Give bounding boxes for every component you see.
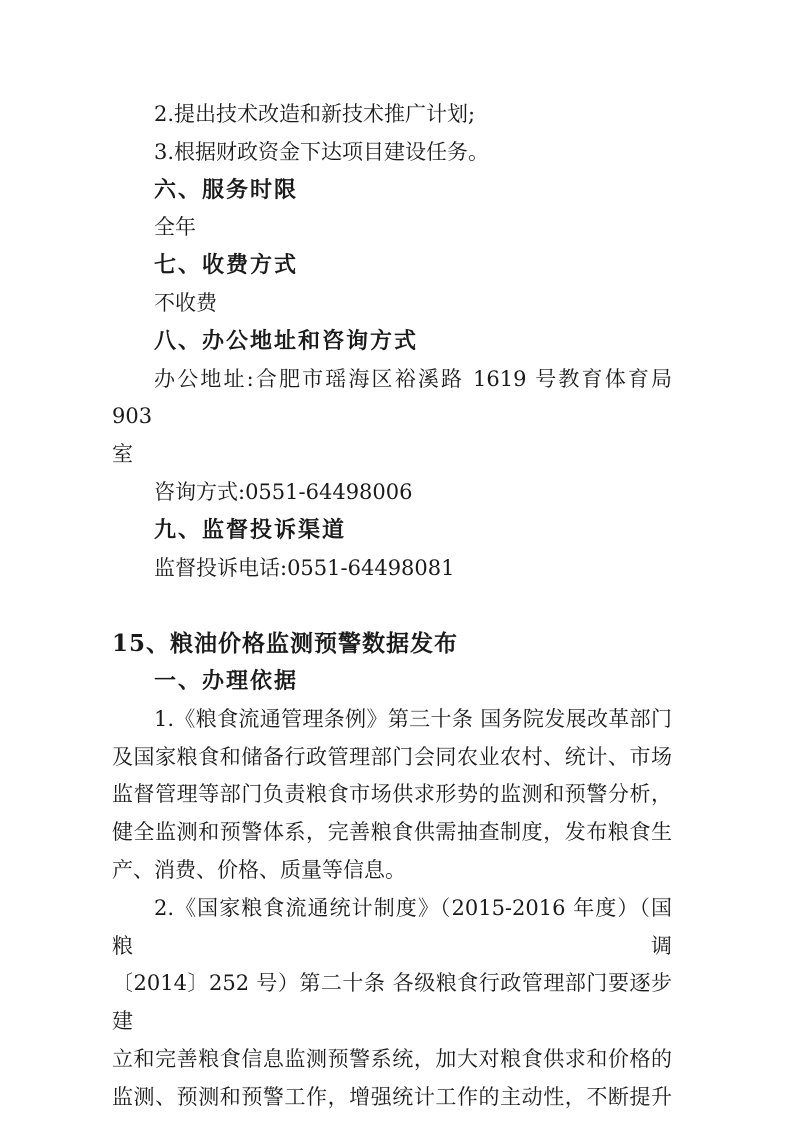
body-line: 室 [112, 436, 672, 474]
body-line: 健全监测和预警体系，完善粮食供需抽查制度，发布粮食生 [112, 814, 672, 852]
body-line: 2.提出技术改造和新技术推广计划; [112, 96, 672, 134]
body-line: 〔2014〕252 号）第二十条 各级粮食行政管理部门要逐步建 [112, 965, 672, 1041]
body-line: 1.《粮食流通管理条例》第三十条 国务院发展改革部门 [112, 701, 672, 739]
spacer [112, 587, 672, 625]
document-text-block: 2.提出技术改造和新技术推广计划;3.根据财政资金下达项目建设任务。六、服务时限… [112, 96, 672, 1117]
section-heading: 七、收费方式 [112, 247, 672, 285]
section-heading: 六、服务时限 [112, 172, 672, 210]
section-heading: 一、办理依据 [112, 663, 672, 701]
section-heading: 九、监督投诉渠道 [112, 512, 672, 550]
body-line: 咨询方式:0551-64498006 [112, 474, 672, 512]
item-title: 15、粮油价格监测预警数据发布 [112, 625, 672, 663]
body-line: 及国家粮食和储备行政管理部门会同农业农村、统计、市场 [112, 739, 672, 777]
section-heading: 八、办公地址和咨询方式 [112, 323, 672, 361]
body-line: 办公地址:合肥市瑶海区裕溪路 1619 号教育体育局 903 [112, 361, 672, 437]
body-line: 监督投诉电话:0551-64498081 [112, 550, 672, 588]
body-line: 产、消费、价格、质量等信息。 [112, 852, 672, 890]
body-line: 监督管理等部门负责粮食市场供求形势的监测和预警分析， [112, 776, 672, 814]
body-line: 不收费 [112, 285, 672, 323]
document-page: 2.提出技术改造和新技术推广计划;3.根据财政资金下达项目建设任务。六、服务时限… [0, 0, 792, 1122]
body-line: 立和完善粮食信息监测预警系统，加大对粮食供求和价格的 [112, 1041, 672, 1079]
body-line: 全年 [112, 209, 672, 247]
body-line: 监测、预测和预警工作，增强统计工作的主动性，不断提升 [112, 1079, 672, 1117]
body-line: 3.根据财政资金下达项目建设任务。 [112, 134, 672, 172]
body-line: 2.《国家粮食流通统计制度》（2015-2016 年度）（国粮调 [112, 890, 672, 966]
